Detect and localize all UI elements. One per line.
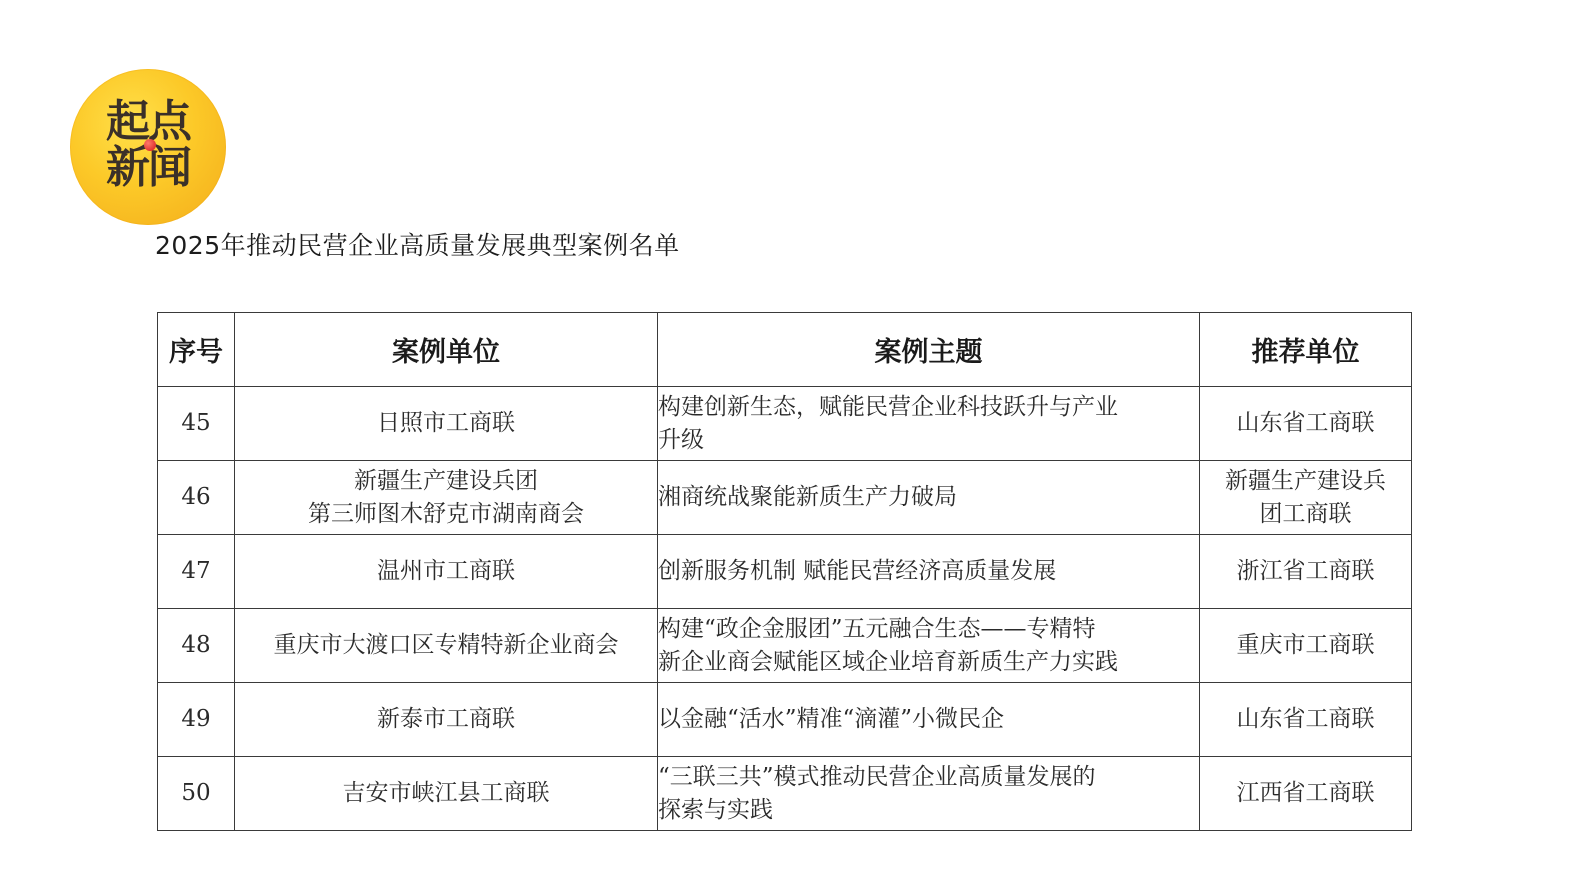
cell-topic-line: 创新服务机制 赋能民营经济高质量发展 xyxy=(658,555,1199,588)
table-row: 49 新泰市工商联 以金融“活水”精准“滴灌”小微民企 山东省工商联 xyxy=(158,683,1412,757)
cell-topic: 构建创新生态，赋能民营企业科技跃升与产业 升级 xyxy=(658,387,1200,461)
qidian-news-logo: 起点 新闻 xyxy=(70,69,226,225)
cell-topic-line: 新企业商会赋能区域企业培育新质生产力实践 xyxy=(658,646,1199,679)
cell-unit-line: 新泰市工商联 xyxy=(235,703,657,736)
cell-topic: 构建“政企金服团”五元融合生态——专精特 新企业商会赋能区域企业培育新质生产力实… xyxy=(658,609,1200,683)
logo-text-line2: 新闻 xyxy=(98,145,198,191)
cell-topic: “三联三共”模式推动民营企业高质量发展的 探索与实践 xyxy=(658,757,1200,831)
cell-unit: 新疆生产建设兵团 第三师图木舒克市湖南商会 xyxy=(235,461,658,535)
table-header-row: 序号 案例单位 案例主题 推荐单位 xyxy=(158,313,1412,387)
cell-num: 50 xyxy=(158,757,235,831)
cell-num: 49 xyxy=(158,683,235,757)
cell-unit-line: 吉安市峡江县工商联 xyxy=(235,777,657,810)
logo-red-dot-icon xyxy=(144,139,156,151)
cell-topic-line: 探索与实践 xyxy=(658,794,1199,827)
cell-recommender-line: 山东省工商联 xyxy=(1200,407,1411,440)
case-list-table: 序号 案例单位 案例主题 推荐单位 45 日照市工商联 构建创新生态，赋能民营企… xyxy=(157,312,1412,831)
cell-topic-line: 构建“政企金服团”五元融合生态——专精特 xyxy=(658,613,1199,646)
cell-topic: 以金融“活水”精准“滴灌”小微民企 xyxy=(658,683,1200,757)
table-row: 45 日照市工商联 构建创新生态，赋能民营企业科技跃升与产业 升级 山东省工商联 xyxy=(158,387,1412,461)
table-row: 47 温州市工商联 创新服务机制 赋能民营经济高质量发展 浙江省工商联 xyxy=(158,535,1412,609)
cell-recommender: 山东省工商联 xyxy=(1200,683,1412,757)
cell-unit: 日照市工商联 xyxy=(235,387,658,461)
document-title: 2025年推动民营企业高质量发展典型案例名单 xyxy=(155,226,680,262)
cell-topic: 创新服务机制 赋能民营经济高质量发展 xyxy=(658,535,1200,609)
table-row: 50 吉安市峡江县工商联 “三联三共”模式推动民营企业高质量发展的 探索与实践 … xyxy=(158,757,1412,831)
cell-recommender-line: 重庆市工商联 xyxy=(1200,629,1411,662)
cell-num: 47 xyxy=(158,535,235,609)
header-recommender: 推荐单位 xyxy=(1200,313,1412,387)
cell-unit: 新泰市工商联 xyxy=(235,683,658,757)
cell-unit: 吉安市峡江县工商联 xyxy=(235,757,658,831)
cell-topic-line: 升级 xyxy=(658,424,1199,457)
cell-recommender: 新疆生产建设兵 团工商联 xyxy=(1200,461,1412,535)
table-row: 48 重庆市大渡口区专精特新企业商会 构建“政企金服团”五元融合生态——专精特 … xyxy=(158,609,1412,683)
cell-recommender-line: 浙江省工商联 xyxy=(1200,555,1411,588)
cell-recommender: 重庆市工商联 xyxy=(1200,609,1412,683)
cell-topic-line: “三联三共”模式推动民营企业高质量发展的 xyxy=(658,761,1199,794)
cell-recommender-line: 团工商联 xyxy=(1200,498,1411,531)
cell-topic-line: 以金融“活水”精准“滴灌”小微民企 xyxy=(658,703,1199,736)
cell-unit-line: 新疆生产建设兵团 xyxy=(235,465,657,498)
cell-unit: 温州市工商联 xyxy=(235,535,658,609)
cell-unit-line: 重庆市大渡口区专精特新企业商会 xyxy=(235,629,657,662)
cell-topic: 湘商统战聚能新质生产力破局 xyxy=(658,461,1200,535)
cell-num: 45 xyxy=(158,387,235,461)
cell-unit-line: 第三师图木舒克市湖南商会 xyxy=(235,498,657,531)
cell-unit-line: 日照市工商联 xyxy=(235,407,657,440)
header-topic: 案例主题 xyxy=(658,313,1200,387)
header-num: 序号 xyxy=(158,313,235,387)
cell-topic-line: 湘商统战聚能新质生产力破局 xyxy=(658,481,1199,514)
cell-num: 46 xyxy=(158,461,235,535)
cell-recommender: 浙江省工商联 xyxy=(1200,535,1412,609)
cell-recommender: 山东省工商联 xyxy=(1200,387,1412,461)
cell-unit-line: 温州市工商联 xyxy=(235,555,657,588)
cell-topic-line: 构建创新生态，赋能民营企业科技跃升与产业 xyxy=(658,391,1199,424)
cell-num: 48 xyxy=(158,609,235,683)
cell-unit: 重庆市大渡口区专精特新企业商会 xyxy=(235,609,658,683)
cell-recommender-line: 山东省工商联 xyxy=(1200,703,1411,736)
cell-recommender-line: 新疆生产建设兵 xyxy=(1200,465,1411,498)
cell-recommender-line: 江西省工商联 xyxy=(1200,777,1411,810)
cell-recommender: 江西省工商联 xyxy=(1200,757,1412,831)
table-row: 46 新疆生产建设兵团 第三师图木舒克市湖南商会 湘商统战聚能新质生产力破局 新… xyxy=(158,461,1412,535)
header-unit: 案例单位 xyxy=(235,313,658,387)
